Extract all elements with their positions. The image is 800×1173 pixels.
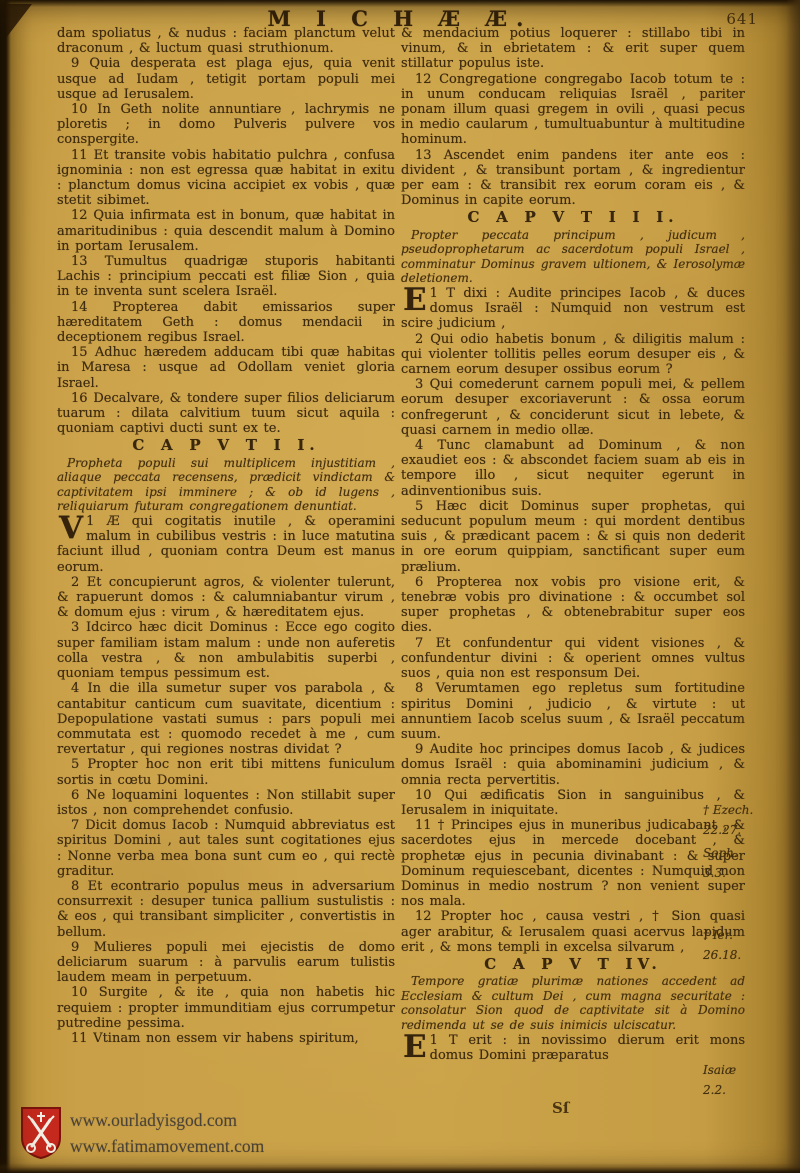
verse-paragraph: 12 Propter hoc , causa vestri , † Sion q… — [401, 909, 745, 955]
verse-paragraph: 6 Ne loquamini loquentes : Non stillabit… — [57, 788, 395, 818]
margin-note-ieremias: † Ier. 26.18. — [703, 925, 795, 965]
verse-paragraph: 14 Propterea dabit emissarios super hære… — [57, 300, 395, 346]
verse-paragraph: 3 Qui comederunt carnem populi mei, & pe… — [401, 377, 745, 438]
margin-note-line: 2.2. — [703, 1080, 795, 1100]
book-page-scan: M I C H Æ Æ. 641 dam spoliatus , & nudus… — [0, 0, 800, 1173]
gathering-signature-mark: Sſ — [552, 1099, 569, 1117]
continuation-paragraph: dam spoliatus , & nudus : faciam planctu… — [57, 26, 395, 56]
chapter-heading: C A P V T I I I. — [401, 210, 745, 225]
margin-note-line: 22.27. — [703, 820, 795, 840]
verse-paragraph: 3 Idcirco hæc dicit Dominus : Ecce ego c… — [57, 620, 395, 681]
margin-note-line: 3.3. — [703, 863, 795, 883]
watermark-url: www.ourladyisgod.com — [70, 1107, 264, 1133]
verse-paragraph: 11 † Principes ejus in muneribus judicab… — [401, 818, 745, 909]
drop-cap-initial: V — [57, 514, 86, 542]
verse-paragraph: 12 Congregatione congregabo Iacob totum … — [401, 72, 745, 148]
watermark-urls: www.ourladyisgod.com www.fatimamovement.… — [70, 1107, 264, 1159]
verse-paragraph: 1 VÆ qui cogitatis inutile , & operamini… — [57, 514, 395, 575]
verse-paragraph: 7 Dicit domus Iacob : Numquid abbreviatu… — [57, 818, 395, 879]
verse-paragraph: 13 Tumultus quadrigæ stuporis habitanti … — [57, 254, 395, 300]
drop-cap-initial: E — [401, 1033, 430, 1061]
page-bottom-edge — [0, 1163, 800, 1173]
chapter-argument: Propheta populi sui multiplicem injustit… — [57, 456, 395, 514]
verse-paragraph: 9 Quia desperata est plaga ejus, quia ve… — [57, 56, 395, 102]
verse-paragraph: 5 Hæc dicit Dominus super prophetas, qui… — [401, 499, 745, 575]
continuation-paragraph: & mendacium potius loquerer : stillabo t… — [401, 26, 745, 72]
right-text-column: & mendacium potius loquerer : stillabo t… — [401, 26, 745, 1063]
watermark-url: www.fatimamovement.com — [70, 1133, 264, 1159]
page-right-edge — [786, 0, 800, 1173]
verse-paragraph: 15 Adhuc hæredem adducam tibi quæ habita… — [57, 345, 395, 391]
chapter-argument: Propter peccata principum , judicum , ps… — [401, 228, 745, 286]
margin-note-isaias: Isaiæ 2.2. — [703, 1060, 795, 1100]
watermark: www.ourladyisgod.com www.fatimamovement.… — [20, 1106, 264, 1160]
margin-note-ezechiel: † Ezech. 22.27. — [703, 800, 795, 840]
margin-note-line: Isaiæ — [703, 1060, 795, 1080]
chapter-heading: C A P V T I I. — [57, 438, 395, 453]
verse-paragraph: 8 Verumtamen ego repletus sum fortitudin… — [401, 681, 745, 742]
verse-paragraph: 10 Surgite , & ite , quia non habetis hi… — [57, 985, 395, 1031]
verse-paragraph: 8 Et econtrario populus meus in adversar… — [57, 879, 395, 940]
verse-paragraph: 10 Qui ædificatis Sion in sanguinibus , … — [401, 788, 745, 818]
verse-paragraph: 1 ET erit : in novissimo dierum erit mon… — [401, 1033, 745, 1063]
verse-paragraph: 9 Mulieres populi mei ejecistis de domo … — [57, 940, 395, 986]
verse-paragraph: 4 In die illa sumetur super vos parabola… — [57, 681, 395, 757]
verse-paragraph: 5 Propter hoc non erit tibi mittens funi… — [57, 757, 395, 787]
page-left-binding-edge — [0, 0, 11, 1173]
verse-paragraph: 16 Decalvare, & tondere super filios del… — [57, 391, 395, 437]
verse-number: 1 — [430, 1033, 449, 1048]
verse-paragraph: 13 Ascendet enim pandens iter ante eos :… — [401, 148, 745, 209]
verse-paragraph: 11 Vtinam non essem vir habens spiritum, — [57, 1031, 395, 1046]
verse-paragraph: 10 In Geth nolite annuntiare , lachrymis… — [57, 102, 395, 148]
margin-note-line: Soph. — [703, 843, 795, 863]
crossed-keys-crest-icon — [20, 1106, 62, 1160]
chapter-heading: C A P V T IV. — [401, 957, 745, 972]
verse-number: 1 — [430, 286, 447, 301]
verse-paragraph: 2 Qui odio habetis bonum , & diligitis m… — [401, 332, 745, 378]
verse-paragraph: 7 Et confundentur qui vident visiones , … — [401, 636, 745, 682]
chapter-argument: Tempore gratiæ plurimæ nationes accedent… — [401, 974, 745, 1032]
verse-paragraph: 2 Et concupierunt agros, & violenter tul… — [57, 575, 395, 621]
margin-note-line: † Ezech. — [703, 800, 795, 820]
verse-paragraph: 1 ET dixi : Audite principes Iacob , & d… — [401, 286, 745, 332]
verse-paragraph: 4 Tunc clamabunt ad Dominum , & non exau… — [401, 438, 745, 499]
margin-note-sophonias: Soph. 3.3. — [703, 843, 795, 883]
verse-paragraph: 11 Et transite vobis habitatio pulchra ,… — [57, 148, 395, 209]
margin-note-line: † Ier. — [703, 925, 795, 945]
left-text-column: dam spoliatus , & nudus : faciam planctu… — [57, 26, 395, 1046]
margin-note-line: 26.18. — [703, 945, 795, 965]
verse-paragraph: 6 Propterea nox vobis pro visione erit, … — [401, 575, 745, 636]
drop-cap-initial: E — [401, 286, 430, 314]
verse-paragraph: 12 Quia infirmata est in bonum, quæ habi… — [57, 208, 395, 254]
verse-paragraph: 9 Audite hoc principes domus Iacob , & j… — [401, 742, 745, 788]
verse-number: 1 — [86, 514, 107, 529]
